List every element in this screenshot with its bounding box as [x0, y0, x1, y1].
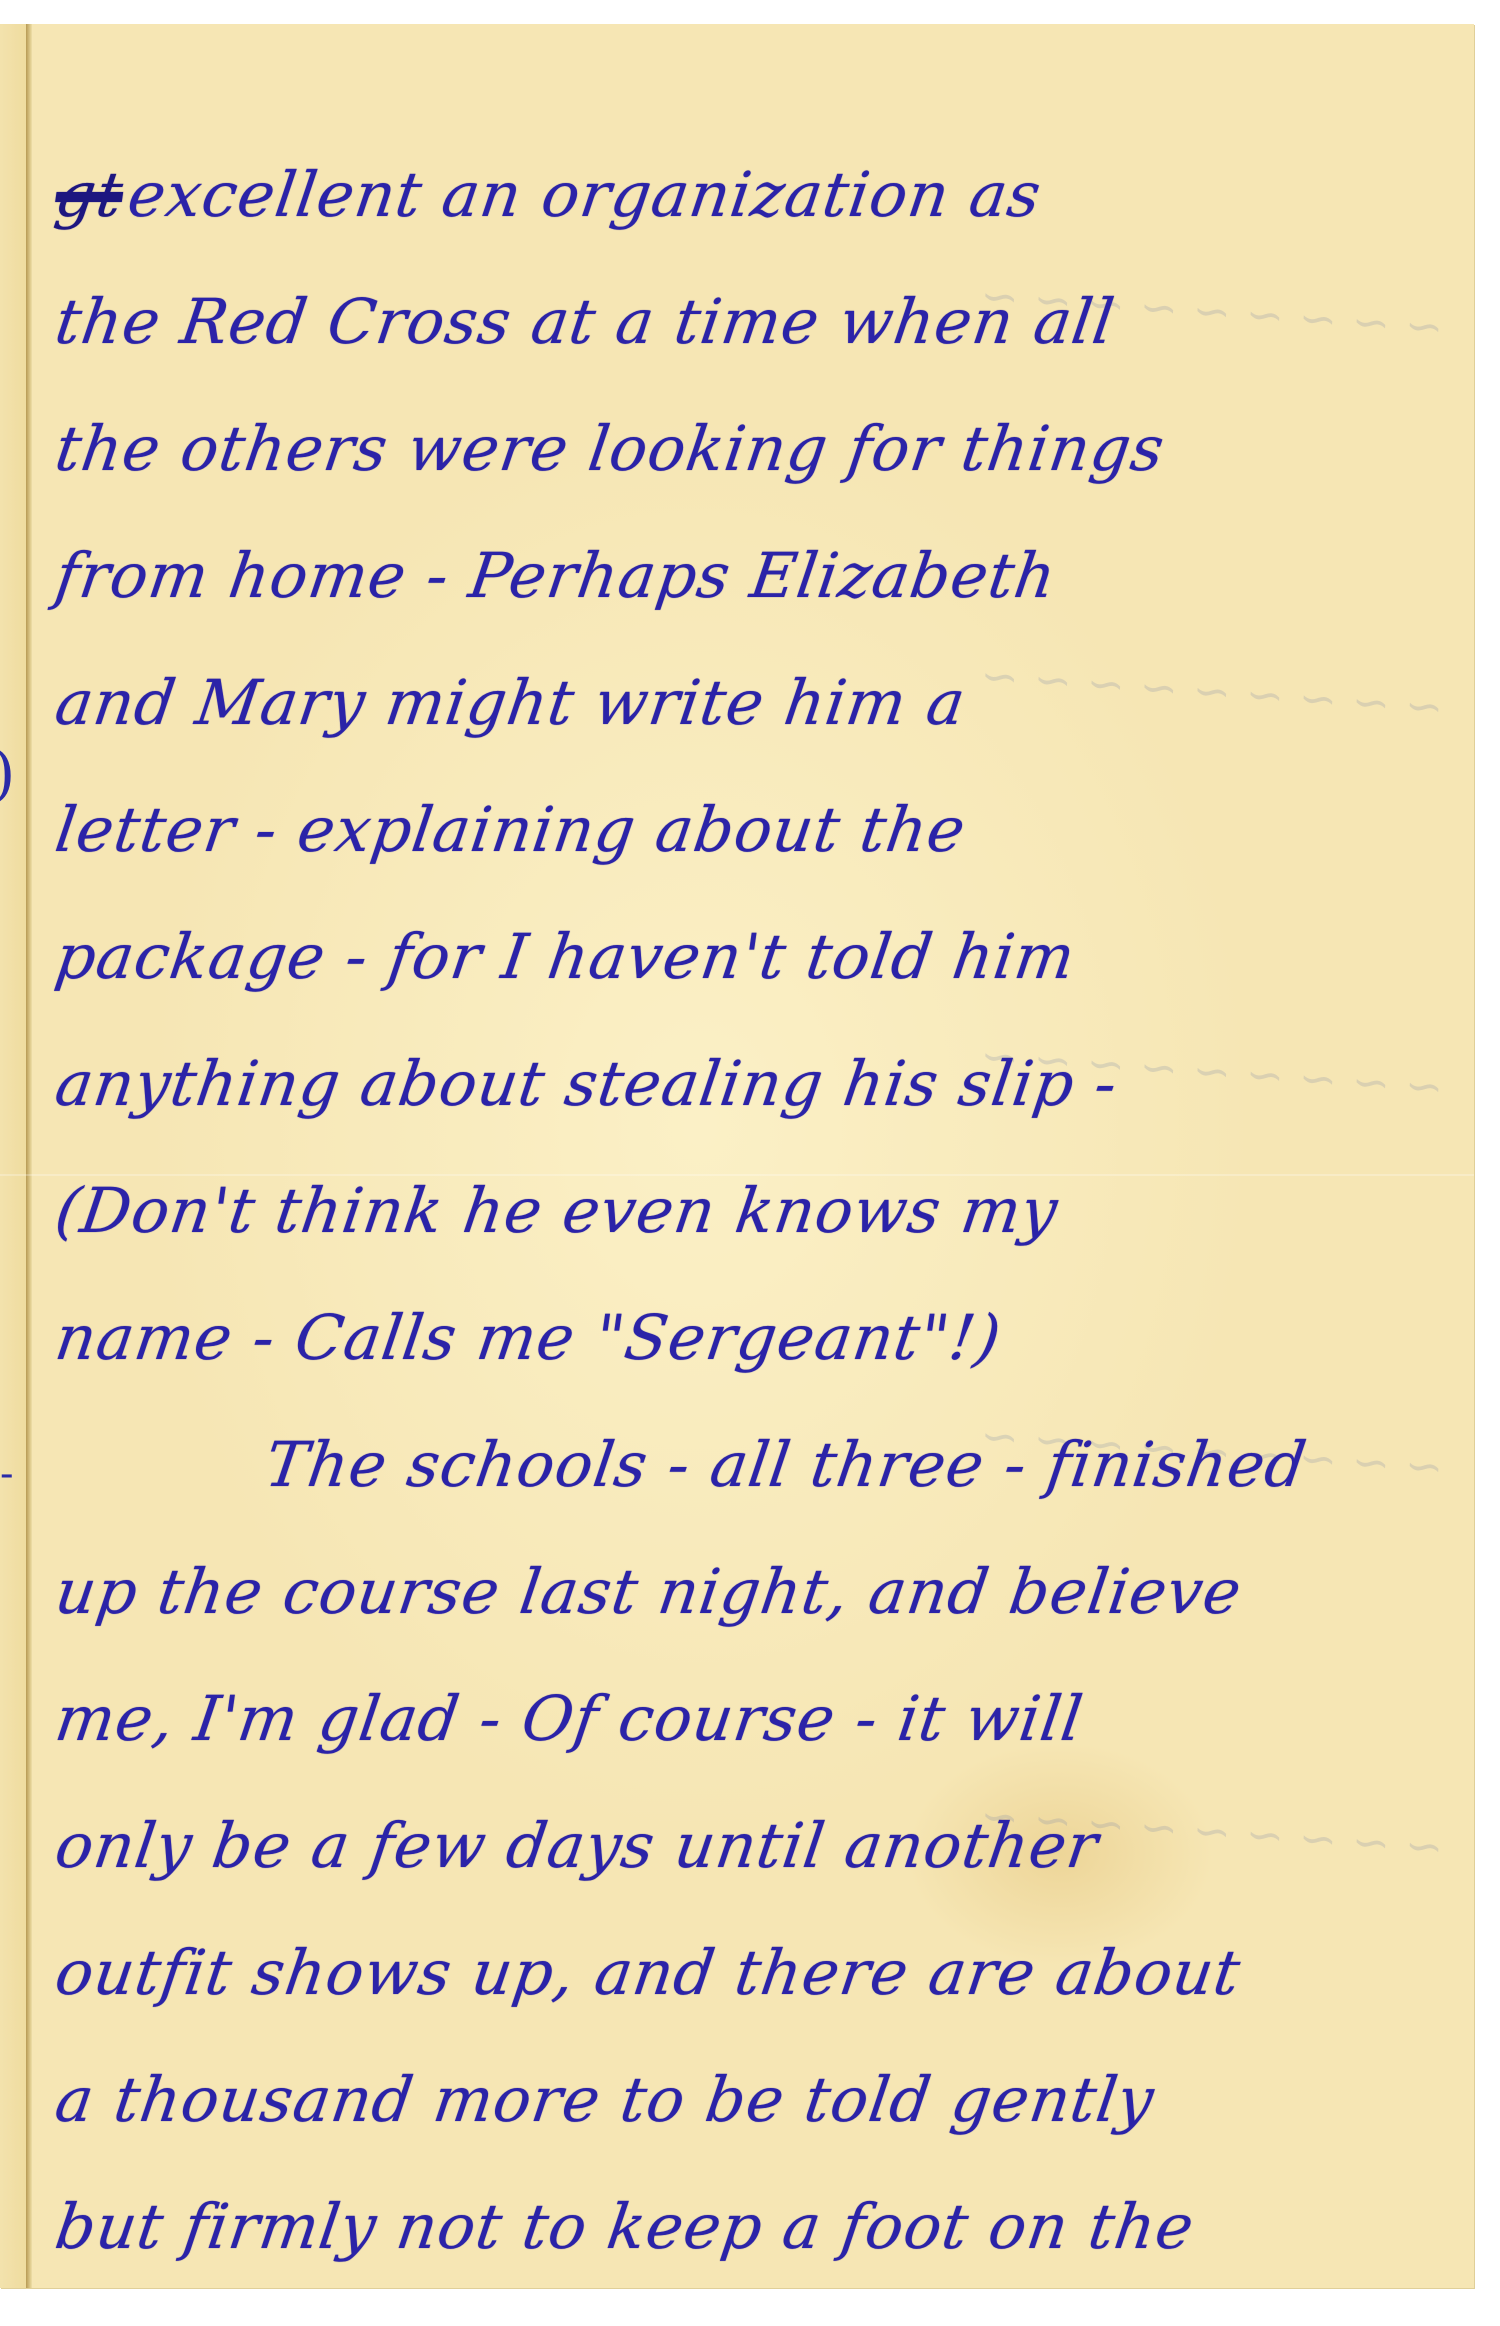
line-text: package - for I haven't told him — [51, 920, 1080, 993]
line-text: name - Calls me "Sergeant"!) — [51, 1301, 1006, 1374]
margin-bracket-mark: ) — [0, 744, 15, 804]
text-line: only be a few days until another — [51, 1755, 1469, 1882]
text-line: letter - explaining about the — [51, 739, 1469, 866]
text-line: gt excellent an organization as — [51, 104, 1469, 231]
line-text: (Don't think he even knows my — [51, 1174, 1063, 1247]
text-line: package - for I haven't told him — [51, 866, 1469, 993]
margin-dash-mark: - — [0, 1454, 14, 1494]
line-text: excellent an organization as — [124, 158, 1046, 231]
line-text: anything about stealing his slip - — [51, 1047, 1122, 1120]
line-text: a thousand more to be told gently — [51, 2063, 1159, 2136]
text-line: from home - Perhaps Elizabeth — [51, 485, 1469, 612]
previous-page-edge — [0, 24, 26, 2288]
line-text: only be a few days until another — [51, 1809, 1103, 1882]
text-line: the Red Cross at a time when all — [51, 231, 1469, 358]
text-line: but firmly not to keep a foot on the — [51, 2136, 1469, 2263]
text-line: and Mary might write him a — [51, 612, 1469, 739]
handwritten-text: gt excellent an organization as the Red … — [60, 104, 1460, 2263]
line-text: the others were looking for things — [51, 412, 1169, 485]
text-line-paragraph-start: The schools - all three - finished — [51, 1374, 1469, 1501]
text-line: (Don't think he even knows my — [51, 1120, 1469, 1247]
letter-page: ~ ~ ~ ~ ~ ~ ~ ~ ~ ~ ~ ~ ~ ~ ~ ~ ~ ~ ~ ~ … — [0, 24, 1474, 2288]
text-line: up the course last night, and believe — [51, 1501, 1469, 1628]
line-text: up the course last night, and believe — [51, 1555, 1246, 1628]
line-text: and Mary might write him a — [51, 666, 970, 739]
page-fold — [26, 24, 32, 2288]
line-text: the Red Cross at a time when all — [51, 285, 1119, 358]
text-line: outfit shows up, and there are about — [51, 1882, 1469, 2009]
line-text: from home - Perhaps Elizabeth — [51, 539, 1061, 612]
text-line: a thousand more to be told gently — [51, 2009, 1469, 2136]
line-text: outfit shows up, and there are about — [51, 1936, 1245, 2009]
line-text: The schools - all three - finished — [261, 1428, 1311, 1501]
text-line: anything about stealing his slip - — [51, 993, 1469, 1120]
line-text: but firmly not to keep a foot on the — [51, 2190, 1199, 2263]
text-line: the others were looking for things — [51, 358, 1469, 485]
text-line: me, I'm glad - Of course - it will — [51, 1628, 1469, 1755]
text-line: name - Calls me "Sergeant"!) — [51, 1247, 1469, 1374]
line-text: me, I'm glad - Of course - it will — [51, 1682, 1088, 1755]
line-text: letter - explaining about the — [51, 793, 970, 866]
struck-out-word: gt — [51, 158, 128, 231]
